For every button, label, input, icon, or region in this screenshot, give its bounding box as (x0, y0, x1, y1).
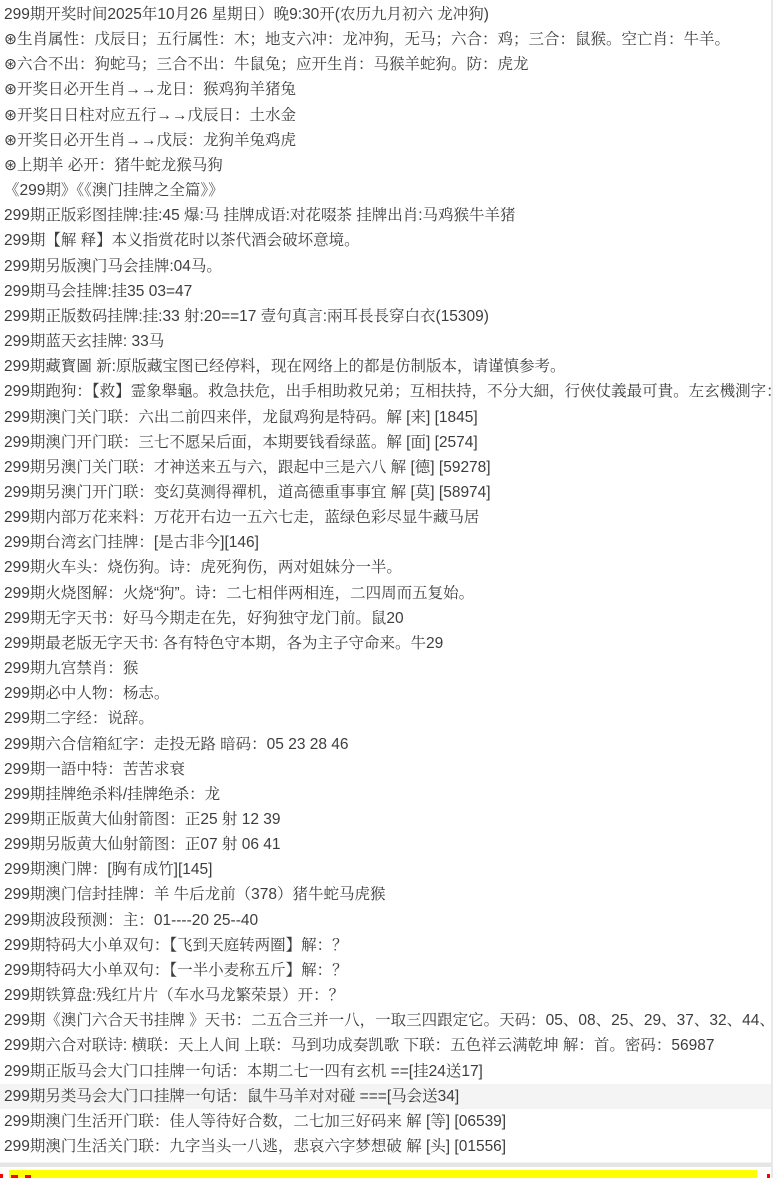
tip-line: 299期澳门信封挂牌：羊 牛后龙前（378）猪牛蛇马虎猴 (0, 882, 771, 907)
tip-line: 299期二字经：说辞。 (0, 706, 771, 731)
tip-line: 299期《澳门六合天书挂牌 》天书：二五合三并一八，一取三四跟定它。天码：05、… (0, 1008, 771, 1033)
section-divider (0, 1162, 771, 1167)
tip-line: ⊛开奖日必开生肖→→龙日：猴鸡狗羊猪兔 (0, 77, 771, 102)
tip-line: 299期开奖时间2025年10月26 星期日）晚9:30开(农历九月初六 龙冲狗… (0, 2, 771, 27)
tip-line: ⊛开奖日必开生肖→→戊辰：龙狗羊兔鸡虎 (0, 128, 771, 153)
tip-line: 299期必中人物：杨志。 (0, 681, 771, 706)
tip-line: 299期最老版无字天书: 各有特色守本期，各为主子守命来。牛29 (0, 631, 771, 656)
tip-line: 299期另澳门关门联：才神送来五与六，跟起中三是六八 解 [德] [59278] (0, 455, 771, 480)
tip-line: 299期藏寳圖 新:原版藏宝图已经停料，现在网络上的都是仿制版本，请谨慎参考。 (0, 354, 771, 379)
tip-line: 299期火车头：烧伤狗。诗：虎死狗伤，两对姐妹分一半。 (0, 555, 771, 580)
tip-line: ⊛六合不出：狗蛇马；三合不出：牛鼠兔；应开生肖：马猴羊蛇狗。防：虎龙 (0, 52, 771, 77)
banner-red-accent-left (0, 1174, 3, 1178)
tips-list: 299期开奖时间2025年10月26 星期日）晚9:30开(农历九月初六 龙冲狗… (0, 0, 771, 1159)
highlighted-banner-cutoff (0, 1170, 771, 1178)
tip-line: 299期澳门开门联：三七不愿呆后面，本期要钱看绿蓝。解 [面] [2574] (0, 430, 771, 455)
tip-line: 《299期》《《澳门挂牌之全篇》》 (0, 178, 771, 203)
tip-line: 299期正版马会大门口挂牌一句话：本期二七一四有玄机 ==[挂24送17] (0, 1059, 771, 1084)
tip-line: 299期正版黄大仙射箭图：正25 射 12 39 (0, 807, 771, 832)
tip-line: 299期六合对联诗: 横联：天上人间 上联：马到功成奏凯歌 下联：五色祥云满乾坤… (0, 1033, 771, 1058)
tip-line: 299期火烧图解：火烧“狗”。诗：二七相伴两相连，二四周而五复始。 (0, 581, 771, 606)
tip-line: 299期另版澳门马会挂牌:04马。 (0, 254, 771, 279)
tip-line: 299期【解 释】本义指赏花时以茶代酒会破坏意境。 (0, 228, 771, 253)
tip-line: 299期九宫禁肖：猴 (0, 656, 771, 681)
tip-line: 299期一語中特：苦苦求衰 (0, 757, 771, 782)
tip-line: 299期另版黄大仙射箭图：正07 射 06 41 (0, 832, 771, 857)
tip-line: 299期跑狗：【救】霊象舉龜。救急扶危，出手相助救兄弟；互相扶持，不分大細，行俠… (0, 379, 771, 404)
tip-line: 299期蓝天玄挂牌: 33马 (0, 329, 771, 354)
tip-line: 299期澳门关门联：六出二前四来伴，龙鼠鸡狗是特码。解 [来] [1845] (0, 405, 771, 430)
tip-line: 299期无字天书：好马今期走在先，好狗独守龙门前。鼠20 (0, 606, 771, 631)
tip-line: 299期波段预测：主：01----20 25--40 (0, 908, 771, 933)
tip-line: 299期挂牌绝杀料/挂牌绝杀：龙 (0, 782, 771, 807)
tip-line: 299期铁算盘:残红片片（车水马龙繁荣景）开：？ (0, 983, 771, 1008)
banner-red-accent-right (767, 1174, 770, 1178)
tip-line: ⊛开奖日日柱对应五行→→戊辰日：土水金 (0, 103, 771, 128)
tip-line: 299期另类马会大门口挂牌一句话：鼠牛马羊对对碰 ===[马会送34] (0, 1084, 771, 1109)
tip-line: 299期特码大小单双句：【一半小麦称五斤】解：？ (0, 958, 771, 983)
tip-line: 299期正版数码挂牌:挂:33 射:20==17 壹句真言:兩耳長長穿白衣(15… (0, 304, 771, 329)
banner-yellow-highlight (9, 1170, 757, 1178)
tip-line: 299期正版彩图挂牌:挂:45 爆:马 挂牌成语:对花啜茶 挂牌出肖:马鸡猴牛羊… (0, 203, 771, 228)
tip-line: 299期马会挂牌:挂35 03=47 (0, 279, 771, 304)
tip-line: 299期澳门生活开门联：佳人等待好合数，二七加三好码来 解 [等] [06539… (0, 1109, 771, 1134)
tip-line: ⊛生肖属性：戊辰日；五行属性：木；地支六冲：龙冲狗，无马；六合：鸡；三合：鼠猴。… (0, 27, 771, 52)
tip-line: 299期六合信箱紅字：走投无路 暗码：05 23 28 46 (0, 732, 771, 757)
tip-line: 299期内部万花来料：万花开右边一五六七走，蓝绿色彩尽显牛藏马居 (0, 505, 771, 530)
lottery-tips-page: 299期开奖时间2025年10月26 星期日）晚9:30开(农历九月初六 龙冲狗… (0, 0, 773, 1178)
tip-line: 299期澳门牌：[胸有成竹][145] (0, 857, 771, 882)
tip-line: 299期台湾玄门挂牌：[是古非今][146] (0, 530, 771, 555)
tip-line: 299期澳门生活关门联：九字当头一八逃，悲哀六字梦想破 解 [头] [01556… (0, 1134, 771, 1159)
tip-line: ⊛上期羊 必开：猪牛蛇龙猴马狗 (0, 153, 771, 178)
tip-line: 299期另澳门开门联：变幻莫测得禪机，道高德重事事宜 解 [莫] [58974] (0, 480, 771, 505)
tip-line: 299期特码大小单双句：【飞到天庭转两圈】解：？ (0, 933, 771, 958)
